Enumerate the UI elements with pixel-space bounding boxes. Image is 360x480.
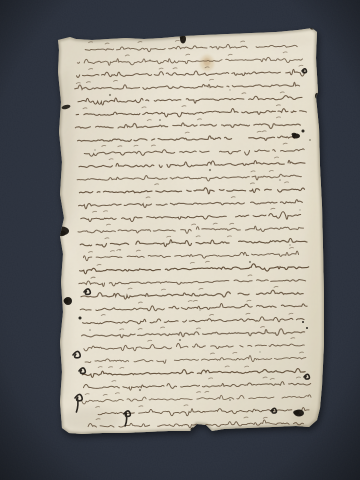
vignette-overlay [0, 0, 360, 480]
photo-canvas [0, 0, 360, 480]
manuscript-photo [0, 0, 360, 480]
